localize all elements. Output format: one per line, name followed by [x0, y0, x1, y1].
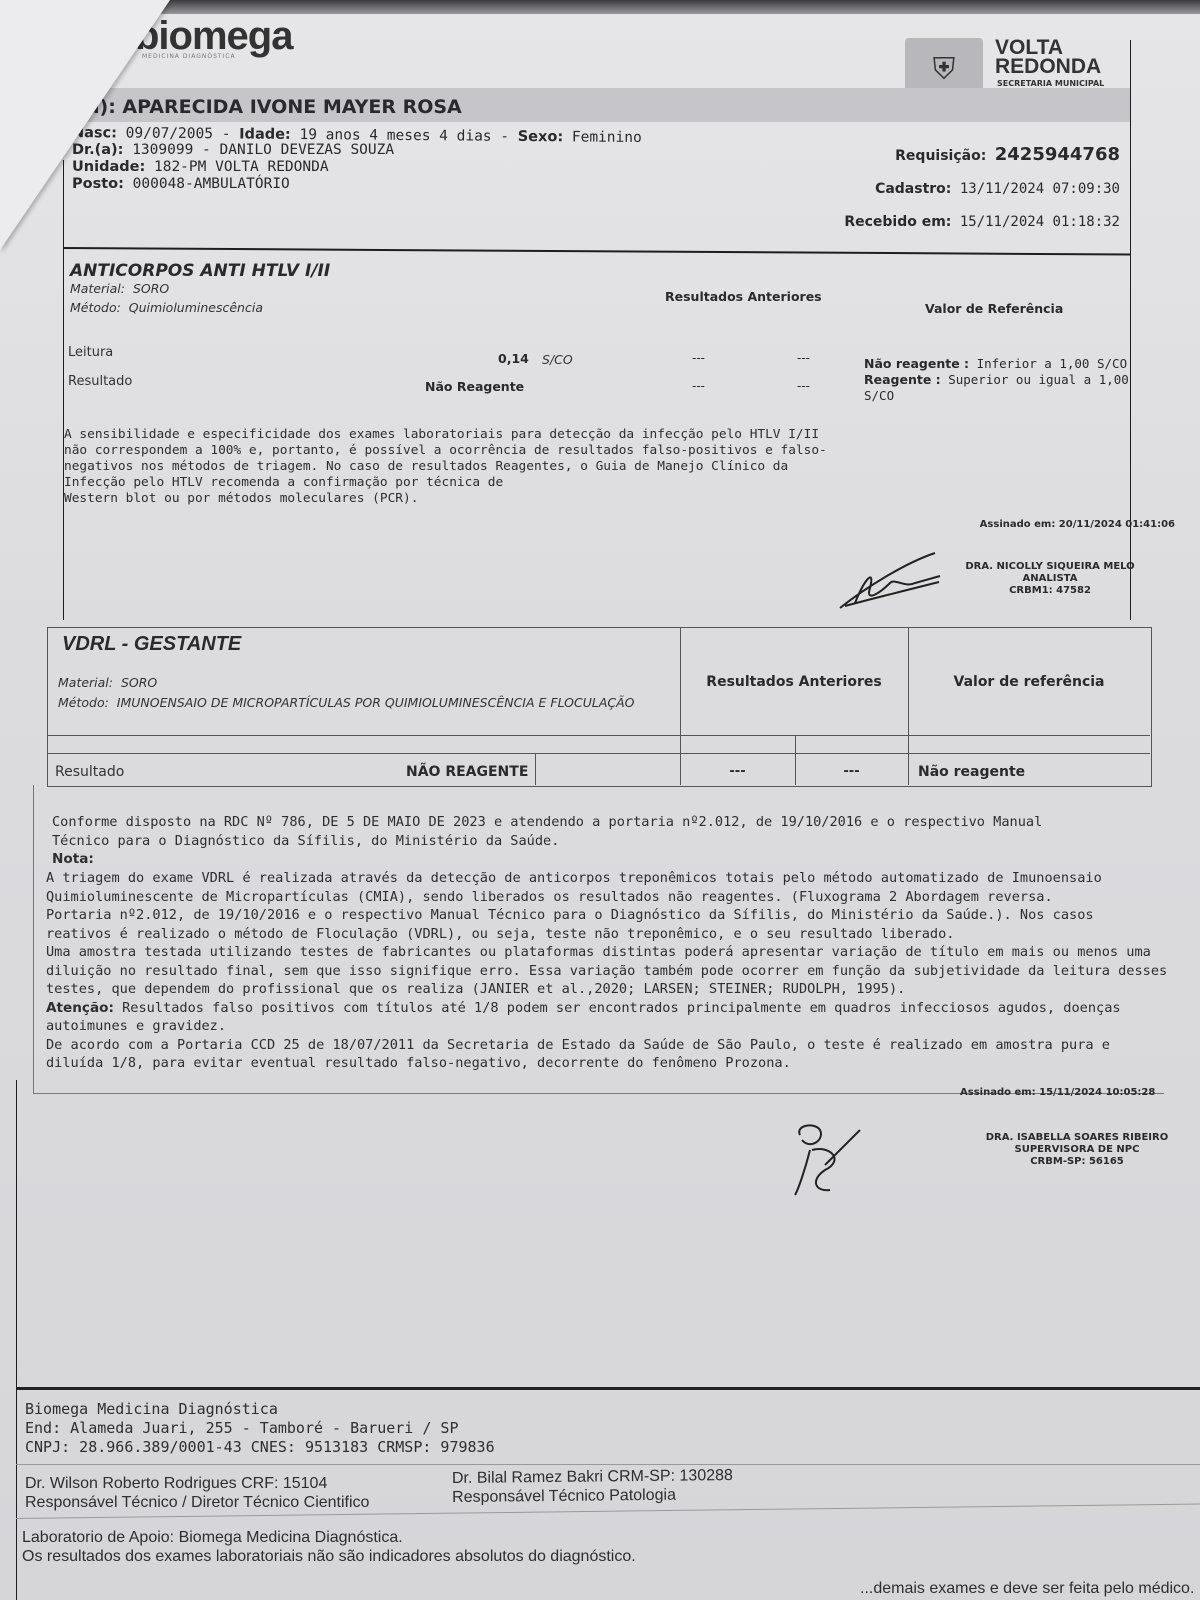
vdrl-divider-1: [47, 735, 1150, 736]
exam2-result-value: NÃO REAGENTE: [406, 764, 528, 780]
received-date: Recebido em: 15/11/2024 01:18:32: [844, 214, 1120, 230]
exam2-reference-header: Valor de referência: [908, 674, 1150, 690]
exam2-material: Material: SORO: [58, 675, 157, 690]
footer-disclaimer-cut: ...demais exames e deve ser feita pelo m…: [860, 1579, 1194, 1598]
footer-responsible-2: Dr. Bilal Ramez Bakri CRM-SP: 130288 Res…: [452, 1466, 733, 1507]
footer-divider-2: [16, 1464, 1200, 1465]
reading-value: 0,14: [498, 351, 529, 366]
exam1-method: Método: Quimioluminescência: [70, 300, 263, 315]
result-label: Resultado: [68, 374, 132, 389]
photo-shadow: [0, 0, 1200, 14]
exam1-material: Material: SORO: [70, 281, 169, 296]
vdrl-col-1: [680, 627, 681, 785]
exam1-reference-header: Valor de Referência: [925, 301, 1063, 316]
municipality-title: VOLTA REDONDA: [995, 38, 1101, 76]
footer-responsible-1: Dr. Wilson Roberto Rodrigues CRF: 15104 …: [25, 1474, 369, 1512]
exam2-result-label: Resultado: [55, 764, 124, 780]
exam2-signer: DRA. ISABELLA SOARES RIBEIRO SUPERVISORA…: [972, 1132, 1182, 1168]
exam2-prev1: ---: [680, 764, 795, 779]
signature-nicolly-icon: [835, 548, 945, 614]
exam1-signed-at: Assinado em: 20/11/2024 01:41:06: [980, 519, 1175, 530]
result-prev1: ---: [692, 379, 705, 393]
exam2-reference: Não reagente: [918, 764, 1025, 780]
exam2-title: VDRL - GESTANTE: [62, 633, 241, 656]
vdrl-nota-text: A triagem do exame VDRL é realizada atra…: [46, 869, 1176, 1073]
registered-date: Cadastro: 13/11/2024 07:09:30: [875, 181, 1120, 197]
exam1-prev-results-header: Resultados Anteriores: [665, 289, 822, 304]
result-prev2: ---: [797, 379, 810, 393]
reading-prev1: ---: [692, 351, 705, 365]
exam1-signer: DRA. NICOLLY SIQUEIRA MELO ANALISTA CRBM…: [955, 561, 1145, 597]
footer-company-info: Biomega Medicina Diagnóstica End: Alamed…: [25, 1400, 495, 1457]
exam2-prev-results-header: Resultados Anteriores: [680, 674, 908, 690]
reading-label: Leitura: [68, 345, 113, 360]
vdrl-divider-2: [47, 753, 1150, 754]
requisition: Requisição: 2425944768: [895, 144, 1120, 165]
exam2-method: Método: IMUNOENSAIO DE MICROPARTÍCULAS P…: [58, 694, 668, 712]
vdrl-col-2: [908, 627, 909, 785]
exam2-signed-at: Assinado em: 15/11/2024 10:05:28: [960, 1087, 1155, 1098]
exam2-prev2: ---: [795, 764, 908, 779]
folded-paper-corner: [0, 0, 170, 250]
footer-left-border: [16, 1080, 17, 1600]
exam1-title: ANTICORPOS ANTI HTLV I/II: [70, 261, 330, 281]
footer-divider: [16, 1387, 1200, 1390]
vdrl-col-4: [535, 753, 536, 785]
reading-unit: S/CO: [542, 352, 573, 367]
frame-right: [1130, 40, 1131, 620]
result-value: Não Reagente: [425, 379, 524, 394]
signature-isabella-icon: [790, 1120, 870, 1200]
exam1-note: A sensibilidade e especificidade dos exa…: [64, 427, 864, 507]
exam1-reference-values: Não reagente : Inferior a 1,00 S/CO Reag…: [864, 356, 1129, 404]
reading-prev2: ---: [797, 351, 810, 365]
vdrl-notes: Conforme disposto na RDC Nº 786, DE 5 DE…: [52, 813, 1172, 869]
footer-disclaimer: Laboratorio de Apoio: Biomega Medicina D…: [22, 1528, 636, 1566]
